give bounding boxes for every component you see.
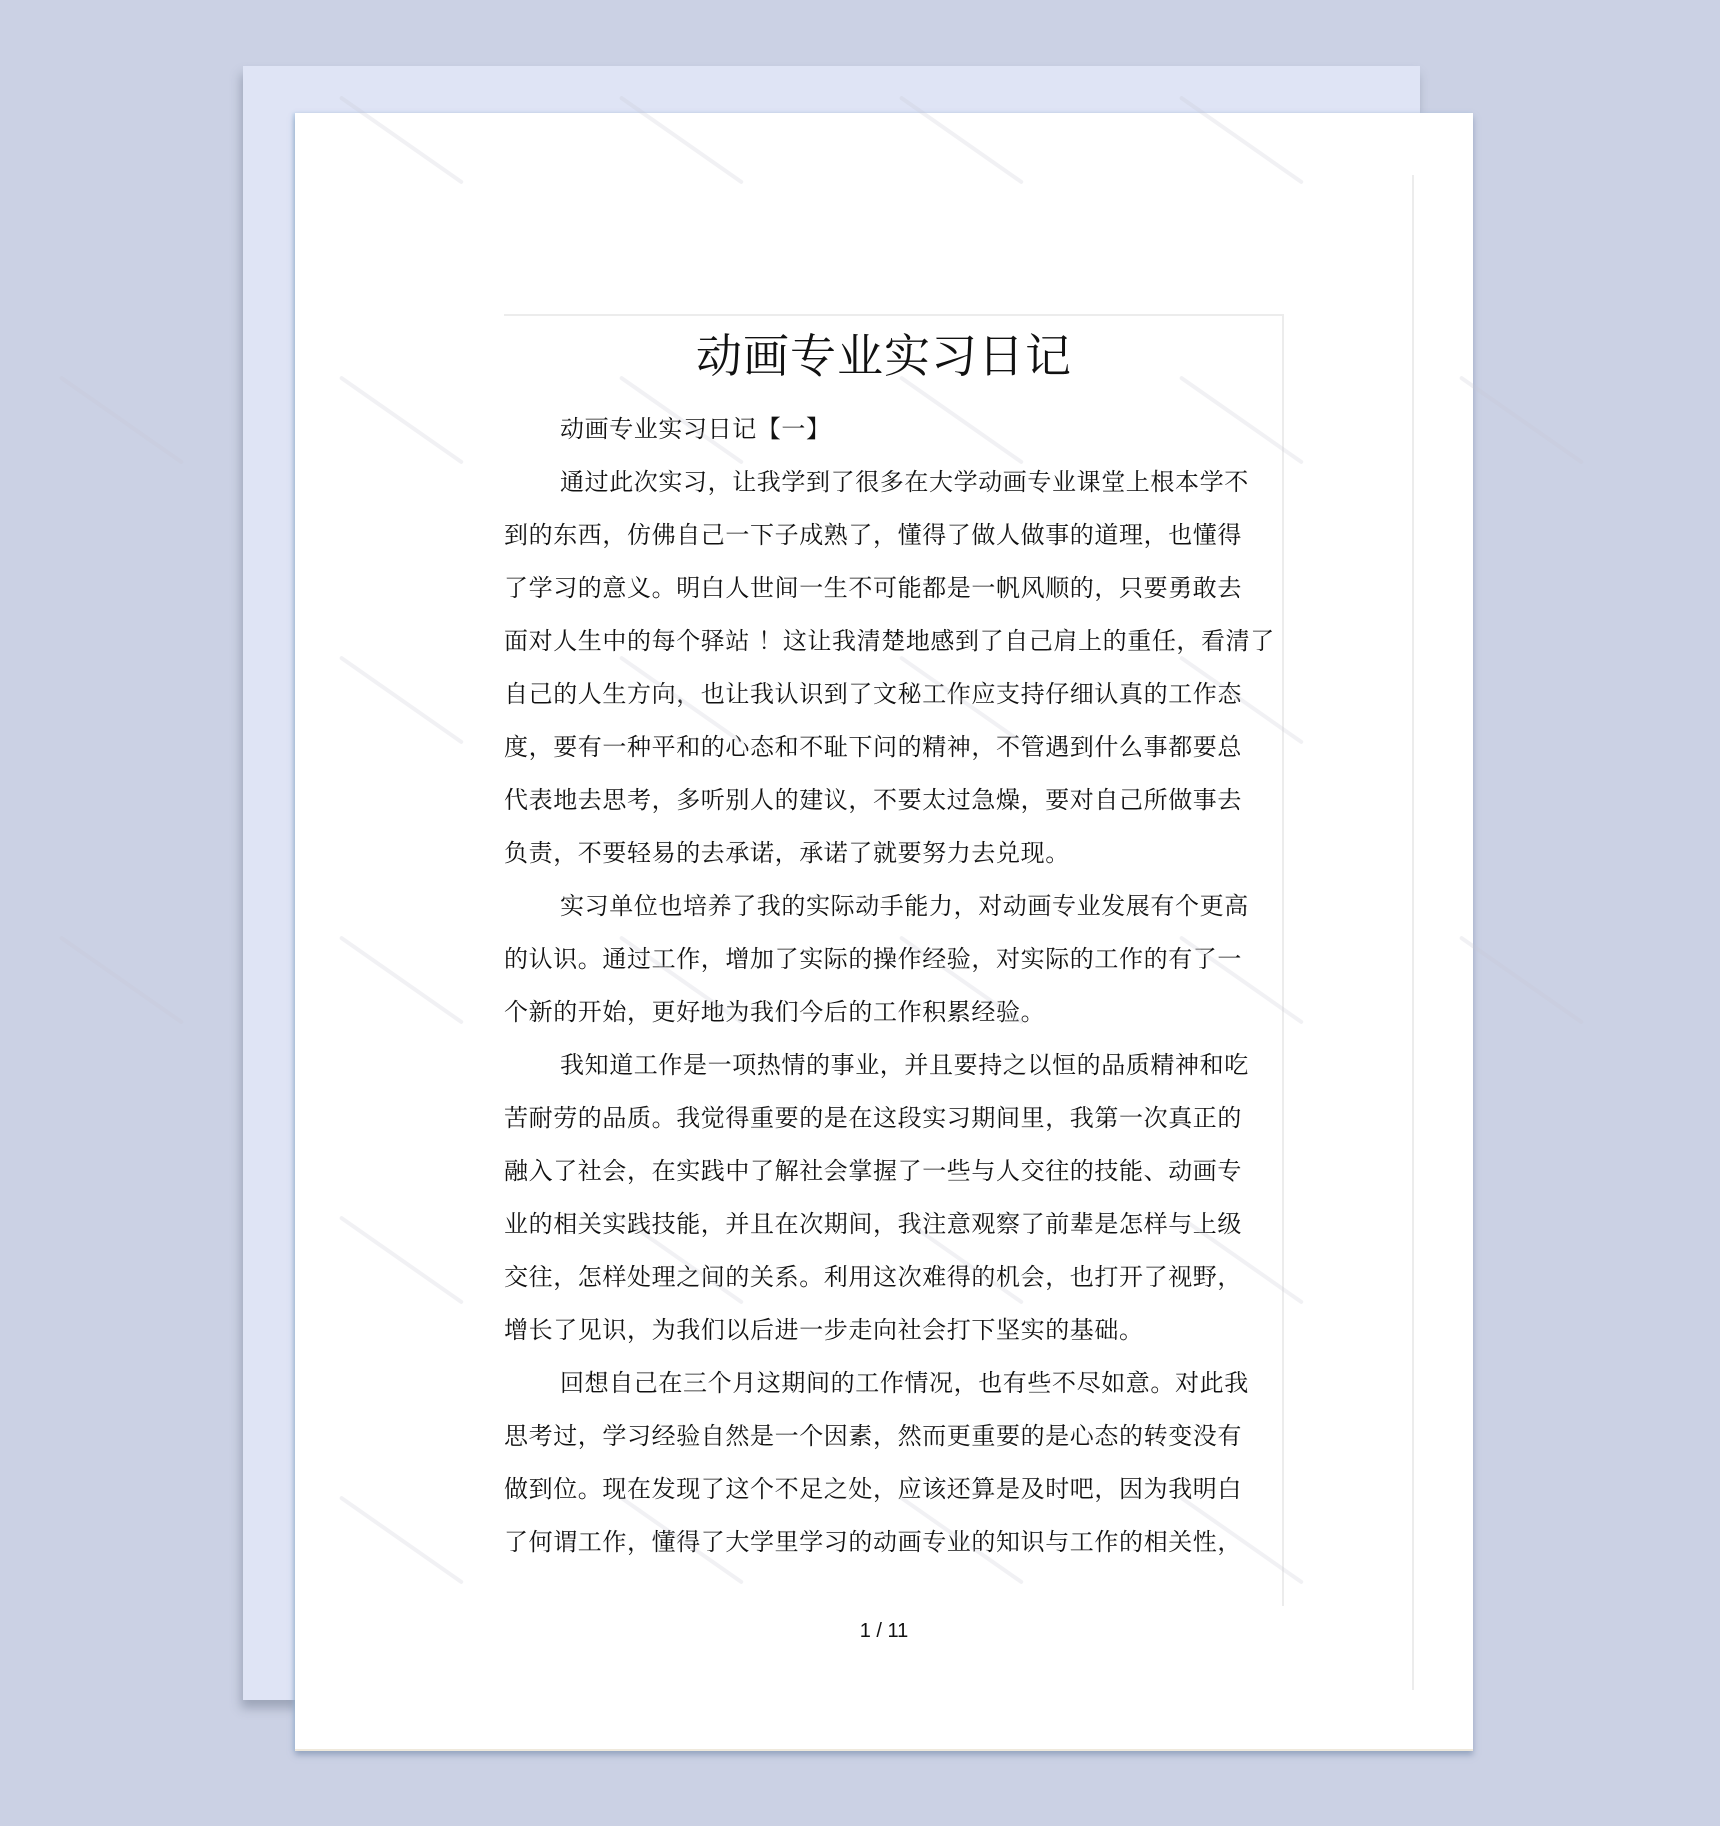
document-page: 动画专业实习日记 动画专业实习日记【一】 通过此次实习，让我学到了很多在大学动画… — [295, 113, 1473, 1751]
text-line: 通过此次实习，让我学到了很多在大学动画专业课堂上根本学不 — [504, 456, 1344, 509]
text-line: 实习单位也培养了我的实际动手能力，对动画专业发展有个更高 — [504, 880, 1344, 933]
text-line: 思考过，学习经验自然是一个因素，然而更重要的是心态的转变没有 — [504, 1410, 1344, 1463]
text-line: 度，要有一种平和的心态和不耻下问的精神，不管遇到什么事都要总 — [504, 721, 1344, 774]
text-line: 代表地去思考，多听别人的建议，不要太过急燥，要对自己所做事去 — [504, 774, 1344, 827]
watermark-mark — [1459, 375, 1584, 464]
page-margin-rule — [1412, 175, 1414, 1690]
page-indicator: 1 / 11 — [295, 1620, 1473, 1643]
text-line: 回想自己在三个月这期间的工作情况，也有些不尽如意。对此我 — [504, 1357, 1344, 1410]
watermark-mark — [1459, 935, 1584, 1024]
subtitle-line: 动画专业实习日记【一】 — [504, 403, 1344, 456]
text-line: 我知道工作是一项热情的事业，并且要持之以恒的品质精神和吃 — [504, 1039, 1344, 1092]
text-line: 负责，不要轻易的去承诺，承诺了就要努力去兑现。 — [504, 827, 1344, 880]
document-body: 动画专业实习日记【一】 通过此次实习，让我学到了很多在大学动画专业课堂上根本学不… — [504, 403, 1344, 1569]
text-line: 到的东西，仿佛自己一下子成熟了，懂得了做人做事的道理，也懂得 — [504, 509, 1344, 562]
text-line: 融入了社会，在实践中了解社会掌握了一些与人交往的技能、动画专 — [504, 1145, 1344, 1198]
text-line: 个新的开始，更好地为我们今后的工作积累经验。 — [504, 986, 1344, 1039]
text-line: 面对人生中的每个驿站 ！这让我清楚地感到了自己肩上的重任，看清了 — [504, 615, 1344, 668]
text-line: 了学习的意义。明白人世间一生不可能都是一帆风顺的，只要勇敢去 — [504, 562, 1344, 615]
watermark-mark — [59, 935, 184, 1024]
text-line: 做到位。现在发现了这个不足之处，应该还算是及时吧，因为我明白 — [504, 1463, 1344, 1516]
text-line: 增长了见识，为我们以后进一步走向社会打下坚实的基础。 — [504, 1304, 1344, 1357]
document-title: 动画专业实习日记 — [295, 320, 1473, 386]
watermark-mark — [59, 375, 184, 464]
text-line: 苦耐劳的品质。我觉得重要的是在这段实习期间里，我第一次真正的 — [504, 1092, 1344, 1145]
text-line: 交往，怎样处理之间的关系。利用这次难得的机会，也打开了视野， — [504, 1251, 1344, 1304]
